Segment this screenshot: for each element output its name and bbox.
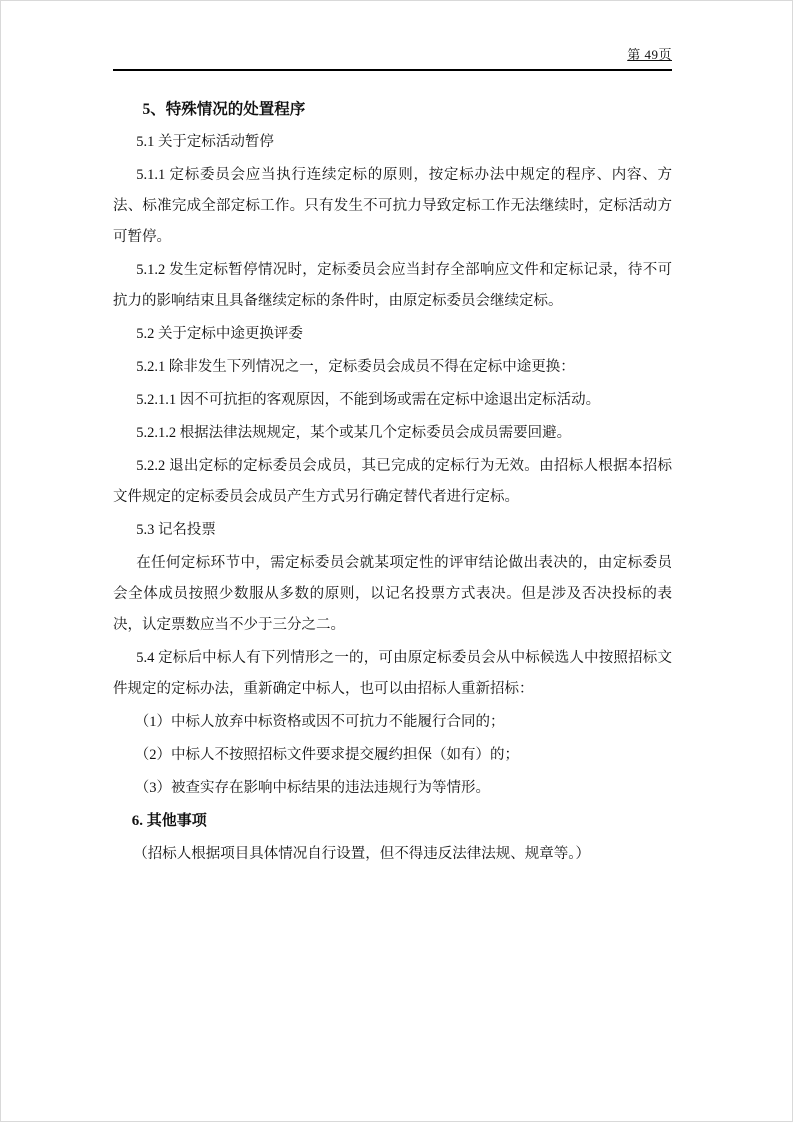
paragraph-5-1-2: 5.1.2 发生定标暂停情况时，定标委员会应当封存全部响应文件和定标记录，待不可…	[113, 255, 672, 317]
paragraph-5-1: 5.1 关于定标活动暂停	[113, 127, 672, 158]
paragraph-5-2-2: 5.2.2 退出定标的定标委员会成员，其已完成的定标行为无效。由招标人根据本招标…	[113, 451, 672, 513]
paragraph-5-2-1-1: 5.2.1.1 因不可抗拒的客观原因，不能到场或需在定标中途退出定标活动。	[113, 385, 672, 416]
list-item-2: （2）中标人不按照招标文件要求提交履约担保（如有）的；	[113, 740, 672, 771]
paragraph-5-2-1-2: 5.2.1.2 根据法律法规规定，某个或某几个定标委员会成员需要回避。	[113, 418, 672, 449]
heading-section-5: 5、特殊情况的处置程序	[113, 94, 672, 125]
page-header: 第 49页	[113, 0, 672, 64]
paragraph-5-4: 5.4 定标后中标人有下列情形之一的，可由原定标委员会从中标候选人中按照招标文件…	[113, 643, 672, 705]
document-page: 第 49页 5、特殊情况的处置程序 5.1 关于定标活动暂停 5.1.1 定标委…	[0, 0, 793, 1122]
paragraph-5-2-1: 5.2.1 除非发生下列情况之一，定标委员会成员不得在定标中途更换：	[113, 352, 672, 383]
page-number: 第 49页	[627, 47, 672, 62]
header-rule	[113, 69, 672, 71]
paragraph-5-3: 5.3 记名投票	[113, 515, 672, 546]
paragraph-5-1-1: 5.1.1 定标委员会应当执行连续定标的原则，按定标办法中规定的程序、内容、方法…	[113, 160, 672, 253]
paragraph-5-3-body: 在任何定标环节中，需定标委员会就某项定性的评审结论做出表决的，由定标委员会全体成…	[113, 548, 672, 641]
list-item-3: （3）被查实存在影响中标结果的违法违规行为等情形。	[113, 773, 672, 804]
heading-section-6: 6. 其他事项	[113, 806, 672, 837]
paragraph-5-2: 5.2 关于定标中途更换评委	[113, 319, 672, 350]
list-item-1: （1）中标人放弃中标资格或因不可抗力不能履行合同的；	[113, 707, 672, 738]
paragraph-6-note: （招标人根据项目具体情况自行设置，但不得违反法律法规、规章等。）	[113, 839, 672, 870]
document-body: 5、特殊情况的处置程序 5.1 关于定标活动暂停 5.1.1 定标委员会应当执行…	[113, 94, 672, 870]
